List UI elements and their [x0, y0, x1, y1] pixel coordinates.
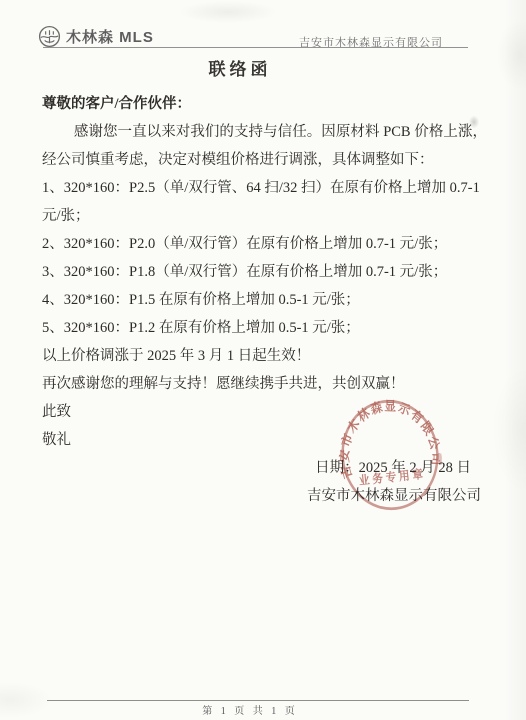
header-divider	[43, 47, 468, 48]
intro-paragraph: 感谢您一直以来对我们的支持与信任。因原材料 PCB 价格上涨，经公司慎重考虑，决…	[42, 118, 487, 174]
page-indicator: 第 1 页 共 1 页	[0, 702, 500, 717]
letter-page: 木林森 MLS 吉安市木林森显示有限公司 联络函 吉安市木林森显示有限公司 业务…	[0, 0, 526, 720]
closing-respect: 敬礼	[42, 426, 487, 454]
greeting-line: 尊敬的客户/合作伙伴：	[42, 90, 487, 118]
price-item-3: 3、320*160：P1.8（单/双行管）在原有价格上增加 0.7-1 元/张；	[42, 258, 487, 286]
document-title: 联络函	[0, 55, 480, 80]
price-item-4: 4、320*160：P1.5 在原有价格上增加 0.5-1 元/张；	[42, 286, 487, 314]
signature-company: 吉安市木林森显示有限公司	[42, 482, 487, 510]
date-line: 日期：2025 年 2 月 28 日	[42, 454, 487, 482]
thanks-note: 再次感谢您的理解与支持！愿继续携手共进，共创双赢！	[42, 370, 487, 398]
price-item-2: 2、320*160：P2.0（单/双行管）在原有价格上增加 0.7-1 元/张；	[42, 230, 487, 258]
closing-salute: 此致	[42, 398, 487, 426]
footer-divider	[47, 700, 469, 701]
logo-wordmark: 木林森 MLS	[66, 26, 154, 47]
company-logo: 木林森 MLS	[38, 25, 154, 48]
effective-date-note: 以上价格调涨于 2025 年 3 月 1 日起生效！	[42, 342, 487, 370]
price-item-1: 1、320*160：P2.5（单/双行管、64 扫/32 扫）在原有价格上增加 …	[42, 174, 487, 230]
letter-body: 尊敬的客户/合作伙伴： 感谢您一直以来对我们的支持与信任。因原材料 PCB 价格…	[42, 90, 487, 510]
mls-globe-icon	[38, 25, 61, 48]
price-item-5: 5、320*160：P1.2 在原有价格上增加 0.5-1 元/张；	[42, 314, 487, 342]
